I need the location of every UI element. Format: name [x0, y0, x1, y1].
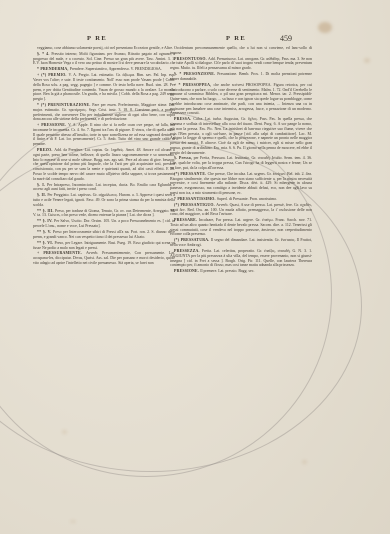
right-column: Occidentum precommunemente quello, che a…	[170, 46, 312, 275]
dictionary-entry: §. * PRESONZIONE. Presunzione. Bemb. Pro…	[170, 72, 312, 82]
dictionary-entry: ** §. VI. Preso, per Legare. Intriguamen…	[33, 241, 175, 251]
page-number: 459	[280, 34, 292, 43]
entry-headword: PRESSA.	[174, 117, 193, 121]
scanned-dictionary-page: P RE P RE 459 veggiamo, cose abbiamo sol…	[0, 0, 390, 534]
dictionary-entry: veggiamo, cose abbiamo solamente poesij,…	[33, 46, 175, 51]
dictionary-entry: * PRENDERMA, Prendere. Superstantivo, Ap…	[33, 67, 175, 72]
entry-text: Per Salvo, Uscito. Dor. Orsim. 105. Un. …	[33, 219, 175, 228]
entry-headword: §. II.	[37, 193, 47, 197]
dictionary-entry: PREZO. Add. da Prendere. Lat. captus. Gr…	[33, 148, 175, 181]
entry-headword: + PRESSURAMENTE.	[37, 251, 86, 255]
dictionary-entry: * (*) PRENINTURAZIONE. Pare per essen. P…	[33, 103, 175, 122]
dictionary-entry: + PRESSIONE. V. A. Apple. Il nino che si…	[33, 123, 175, 147]
dictionary-entry: + PRESSURAMENTE. Avverb. Presumentemente…	[33, 251, 175, 265]
dictionary-entry: ** §. V. Preso per Intercosmente sibiri …	[33, 230, 175, 240]
dictionary-entry: PRESSEZZA. Fretta. Lat. celeritas, prope…	[170, 249, 312, 268]
entry-text: Preso per Intercosmente sibiri di Pressi…	[33, 230, 175, 239]
entry-text: Occidentum precommunemente quello, che a…	[170, 46, 312, 55]
entry-headword: §. * 4.	[37, 52, 51, 56]
entry-text: Preso, per traduse di Gioma, Tenuto, Gr.…	[33, 209, 175, 218]
entry-text: Calca. Lat. turba. Augustus, Gr. ὄχλος. …	[170, 117, 312, 154]
dictionary-entry: §. Pressa, per Fretta, Pressura. Lat. fe…	[170, 156, 312, 170]
entry-headword: (*) PRESSANTE.	[174, 172, 208, 176]
entry-text: V. A. Pregio. Lat. estimatio. Gr. ἀξίωμα…	[33, 73, 175, 101]
entry-headword: §. * PRESONZIONE.	[174, 72, 217, 76]
dictionary-entry: (*) PRESSANTE. Che presse, Che incalza. …	[170, 172, 312, 196]
running-head-left: P RE	[87, 35, 107, 42]
dictionary-entry: §. I. Per Intrapreso, Incominciato. Lat.…	[33, 183, 175, 193]
dictionary-entry: §. II. Per Preggiato. Lat. captivus. Gr.…	[33, 193, 175, 207]
dictionary-entry: * PRESSANTISSIMO. Superl. di Pressante. …	[170, 197, 312, 202]
foxing-stain	[318, 22, 332, 33]
dictionary-entry: PRESSA. Calca. Lat. turba. Augustus, Gr.…	[170, 117, 312, 155]
dictionary-entry: (*) PRESSATURA. Il segno del dimandare. …	[170, 238, 312, 248]
foxing-stain	[302, 460, 307, 464]
dictionary-entry: PRESONTUOSO. Add. Presuntuoso. Lat. arro…	[170, 57, 312, 71]
entry-headword: (*) PRESSANTIGUO.	[174, 203, 216, 207]
entry-text: Prendere. Superstantivo, Apprenderso. V.…	[70, 67, 162, 71]
entry-headword: (*) PRESSATURA.	[174, 238, 211, 242]
entry-headword: PRESSEZZA.	[174, 249, 202, 253]
entry-headword: + PRESSIONE.	[37, 123, 68, 127]
entry-headword: + * PRESSOPPEA,	[174, 83, 213, 87]
entry-text: Superl. di Pressante. Pron. unorissimo.	[217, 197, 277, 201]
entry-headword: §. Pressa,	[174, 156, 194, 160]
entry-text: Preso, per Legare. Intriguamente. Basi. …	[33, 241, 175, 250]
entry-headword: * PRESSANTISSIMO.	[174, 197, 217, 201]
foxing-stain	[70, 520, 76, 523]
dictionary-entry: ** §. III. Preso, per traduse di Gioma, …	[33, 209, 175, 219]
foxing-stain	[364, 58, 370, 63]
entry-headword: §. I.	[37, 183, 47, 187]
entry-headword: ** §. VI.	[37, 241, 55, 245]
dictionary-entry: §. * 4. Pressito interno; Molti figurata…	[33, 52, 175, 66]
entry-text: Il premere. Lat. pressio. Bagg. sec.	[200, 269, 254, 273]
entry-headword: ** §. IV.	[37, 219, 54, 223]
dictionary-entry: (*) PRESSANTIGUO. Avverb. Quasi, A use d…	[170, 203, 312, 217]
dictionary-entry: PRESSIONE. Il premere. Lat. pressio. Bag…	[170, 269, 312, 274]
entry-headword: ** §. III.	[37, 209, 55, 213]
entry-headword: PRESONTUOSO.	[174, 57, 208, 61]
entry-text: Add. da Prendere. Lat. captus. Gr. ληφθε…	[33, 148, 175, 181]
entry-text: che anche scrivesi PROSOPOPEA. Figura re…	[170, 83, 312, 116]
dictionary-entry: ** §. IV. Per Salvo, Uscito. Dor. Orsim.…	[33, 219, 175, 229]
entry-text: Per Preggiato. Lat. captivus. Gr. αἰχμάλ…	[33, 193, 175, 207]
entry-headword: PRESSIONE.	[174, 269, 200, 273]
entry-headword: + (*) PREMIO.	[37, 73, 68, 77]
entry-headword: * (*) PRENINTURAZIONE.	[37, 103, 92, 107]
dictionary-entry: Occidentum precommunemente quello, che a…	[170, 46, 312, 56]
entry-headword: * PRENDERMA,	[37, 67, 70, 71]
entry-headword: ** §. V.	[37, 230, 53, 234]
entry-text: veggiamo, cose abbiamo solamente poesij,…	[37, 46, 173, 50]
dictionary-entry: + * PRESSOPPEA, che anche scrivesi PROSO…	[170, 83, 312, 116]
dictionary-entry: PRESSARE. Incalzare, Far pressa. Lat. ur…	[170, 218, 312, 237]
dictionary-entry: + (*) PREMIO. V. A. Pregio. Lat. estimat…	[33, 73, 175, 102]
entry-text: Per Intrapreso, Incominciato. Lat. incep…	[33, 183, 175, 192]
entry-headword: PRESSARE.	[174, 218, 199, 222]
left-column: veggiamo, cose abbiamo solamente poesij,…	[33, 46, 175, 267]
entry-text: Pressito interno; Molti figuratam. per A…	[33, 52, 175, 66]
running-head-right: P RE	[226, 35, 246, 42]
entry-headword: PREZO.	[37, 148, 54, 152]
